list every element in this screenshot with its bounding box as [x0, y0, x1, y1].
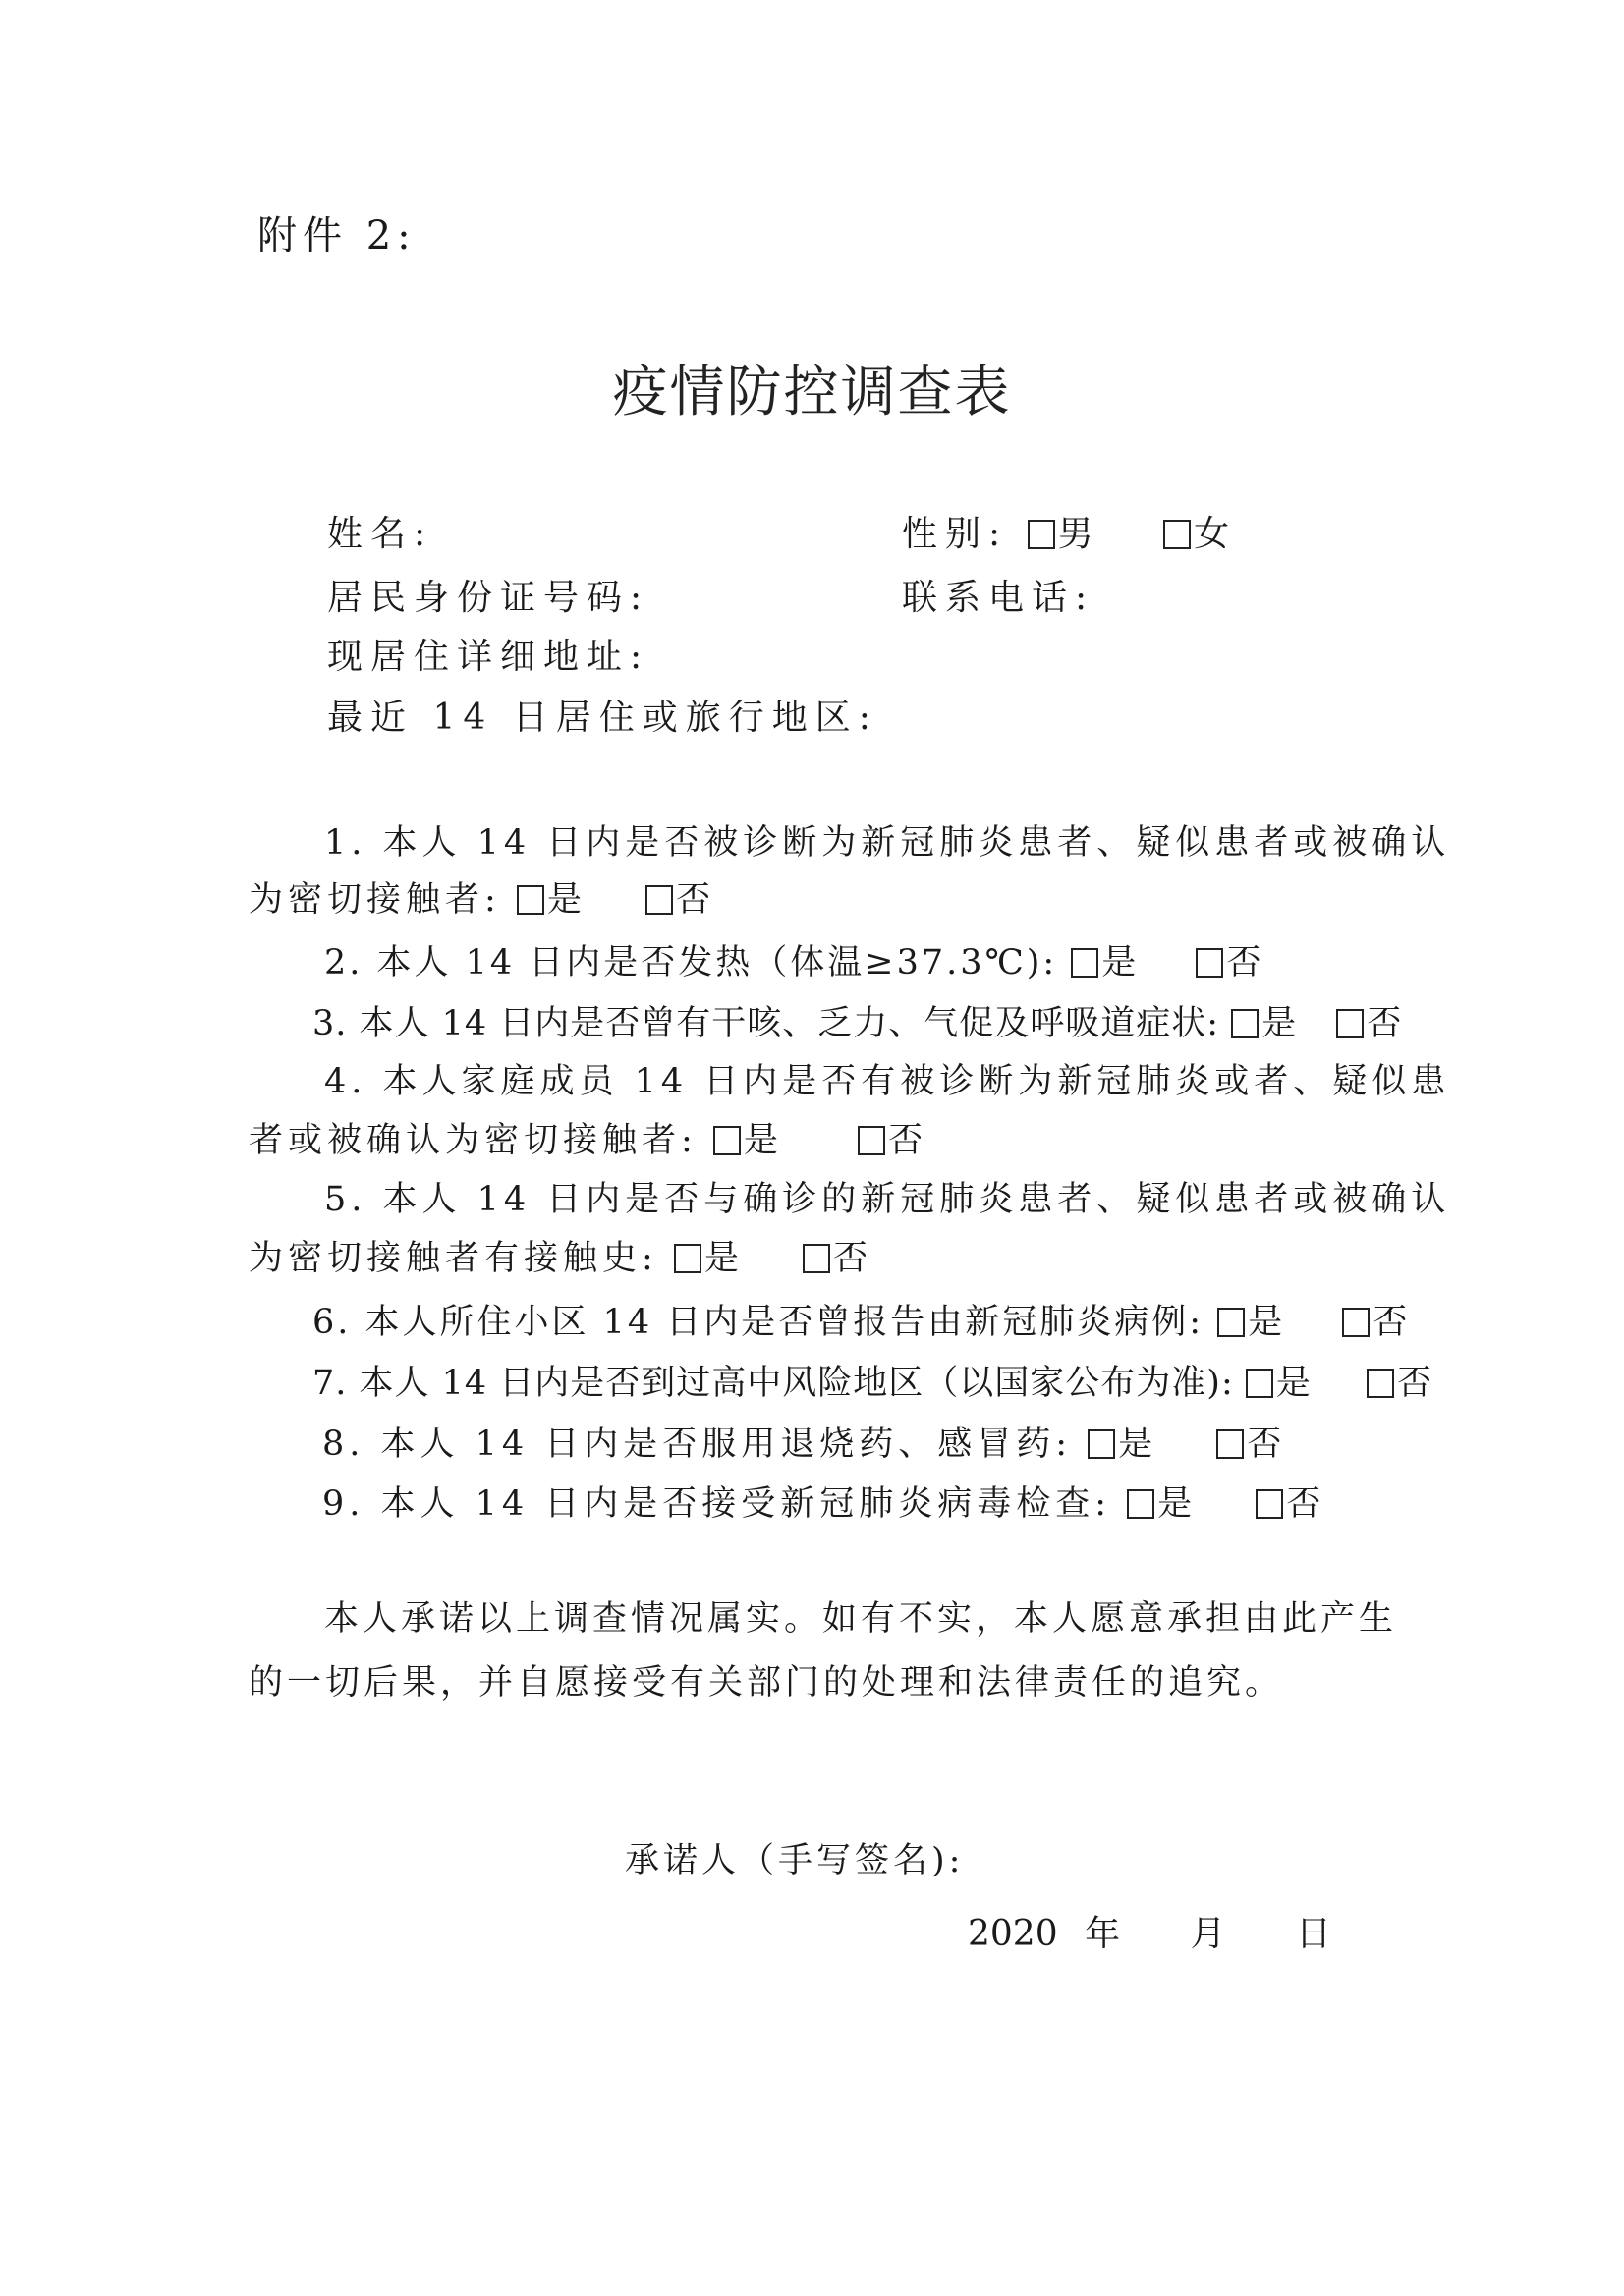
- date-year-unit: 年: [1085, 1914, 1120, 1954]
- checkbox-q3-yes[interactable]: [1231, 1009, 1259, 1038]
- id-number-field-label: 居民身份证号码:: [327, 570, 649, 620]
- checkbox-q7-no[interactable]: [1367, 1369, 1394, 1398]
- q5-option-no[interactable]: 否: [803, 1231, 872, 1280]
- gender-field: 性别: 男 女: [902, 506, 1237, 556]
- q4-option-no[interactable]: 否: [858, 1113, 927, 1162]
- question-6: 6. 本人所住小区 14 日内是否曾报告由新冠肺炎病例: 是 否: [312, 1295, 1410, 1344]
- signature-label: 承诺人（手写签名):: [625, 1833, 964, 1882]
- gender-label: 性别:: [902, 514, 1008, 554]
- travel-region-field-label: 最近 14 日居住或旅行地区:: [327, 690, 878, 740]
- q7-option-no[interactable]: 否: [1367, 1356, 1432, 1405]
- checkbox-q2-yes[interactable]: [1071, 948, 1098, 978]
- q8-option-yes[interactable]: 是: [1088, 1417, 1157, 1466]
- pledge-line-2: 的一切后果，并自愿接受有关部门的处理和法律责任的追究。: [249, 1655, 1283, 1705]
- gender-option-male[interactable]: 男: [1028, 506, 1101, 556]
- q5-option-yes[interactable]: 是: [674, 1231, 744, 1280]
- address-field-label: 现居住详细地址:: [327, 629, 649, 679]
- q3-option-no[interactable]: 否: [1336, 996, 1402, 1045]
- checkbox-q5-yes[interactable]: [674, 1244, 701, 1273]
- q2-option-no[interactable]: 否: [1196, 935, 1263, 984]
- date-year: 2020: [968, 1914, 1058, 1954]
- phone-field-label: 联系电话:: [902, 570, 1094, 620]
- question-9: 9. 本人 14 日内是否接受新冠肺炎病毒检查: 是 否: [322, 1477, 1325, 1526]
- gender-option-female[interactable]: 女: [1163, 506, 1237, 556]
- q1-option-yes[interactable]: 是: [517, 872, 587, 922]
- checkbox-female[interactable]: [1163, 520, 1191, 549]
- checkbox-q9-yes[interactable]: [1127, 1489, 1154, 1519]
- question-8: 8. 本人 14 日内是否服用退烧药、感冒药: 是 否: [322, 1417, 1286, 1466]
- question-1: 为密切接触者: 是 否: [249, 872, 715, 922]
- question-1-line1: 1. 本人 14 日内是否被诊断为新冠肺炎患者、疑似患者或被确认: [324, 815, 1450, 865]
- checkbox-q7-yes[interactable]: [1246, 1369, 1273, 1398]
- checkbox-q3-no[interactable]: [1336, 1009, 1364, 1038]
- checkbox-q9-no[interactable]: [1256, 1489, 1283, 1519]
- q8-option-no[interactable]: 否: [1216, 1417, 1286, 1466]
- name-field-label: 姓名:: [327, 506, 433, 556]
- signature-date: 2020 年 月 日: [968, 1906, 1331, 1956]
- question-2: 2. 本人 14 日内是否发热（体温≥37.3℃): 是 否: [324, 935, 1263, 984]
- q1-option-no[interactable]: 否: [645, 872, 715, 922]
- checkbox-q2-no[interactable]: [1196, 948, 1223, 978]
- question-5-line1: 5. 本人 14 日内是否与确诊的新冠肺炎患者、疑似患者或被确认: [324, 1172, 1450, 1221]
- date-day-unit: 日: [1296, 1914, 1331, 1954]
- checkbox-q6-yes[interactable]: [1217, 1308, 1245, 1337]
- q7-option-yes[interactable]: 是: [1246, 1356, 1312, 1405]
- attachment-label: 附件 2:: [257, 204, 417, 260]
- date-month-unit: 月: [1191, 1914, 1226, 1954]
- question-5: 为密切接触者有接触史: 是 否: [249, 1231, 872, 1280]
- q9-option-yes[interactable]: 是: [1127, 1477, 1197, 1526]
- question-4-line1: 4. 本人家庭成员 14 日内是否有被诊断为新冠肺炎或者、疑似患: [324, 1054, 1450, 1103]
- q2-option-yes[interactable]: 是: [1071, 935, 1139, 984]
- page-title: 疫情防控调查表: [0, 349, 1624, 427]
- q6-option-no[interactable]: 否: [1342, 1295, 1410, 1344]
- checkbox-q4-yes[interactable]: [713, 1126, 741, 1155]
- checkbox-q6-no[interactable]: [1342, 1308, 1370, 1337]
- checkbox-q1-no[interactable]: [645, 885, 673, 915]
- question-3: 3. 本人 14 日内是否曾有干咳、乏力、气促及呼吸道症状: 是 否: [312, 996, 1402, 1045]
- question-4: 者或被确认为密切接触者: 是 否: [249, 1113, 927, 1162]
- checkbox-q5-no[interactable]: [803, 1244, 830, 1273]
- checkbox-q1-yes[interactable]: [517, 885, 544, 915]
- checkbox-q4-no[interactable]: [858, 1126, 885, 1155]
- pledge-line-1: 本人承诺以上调查情况属实。如有不实，本人愿意承担由此产生: [324, 1592, 1397, 1641]
- q9-option-no[interactable]: 否: [1256, 1477, 1325, 1526]
- checkbox-male[interactable]: [1028, 520, 1055, 549]
- checkbox-q8-no[interactable]: [1216, 1429, 1244, 1459]
- checkbox-q8-yes[interactable]: [1088, 1429, 1115, 1459]
- q6-option-yes[interactable]: 是: [1217, 1295, 1285, 1344]
- q3-option-yes[interactable]: 是: [1231, 996, 1297, 1045]
- question-7: 7. 本人 14 日内是否到过高中风险地区（以国家公布为准): 是 否: [312, 1356, 1432, 1405]
- q4-option-yes[interactable]: 是: [713, 1113, 783, 1162]
